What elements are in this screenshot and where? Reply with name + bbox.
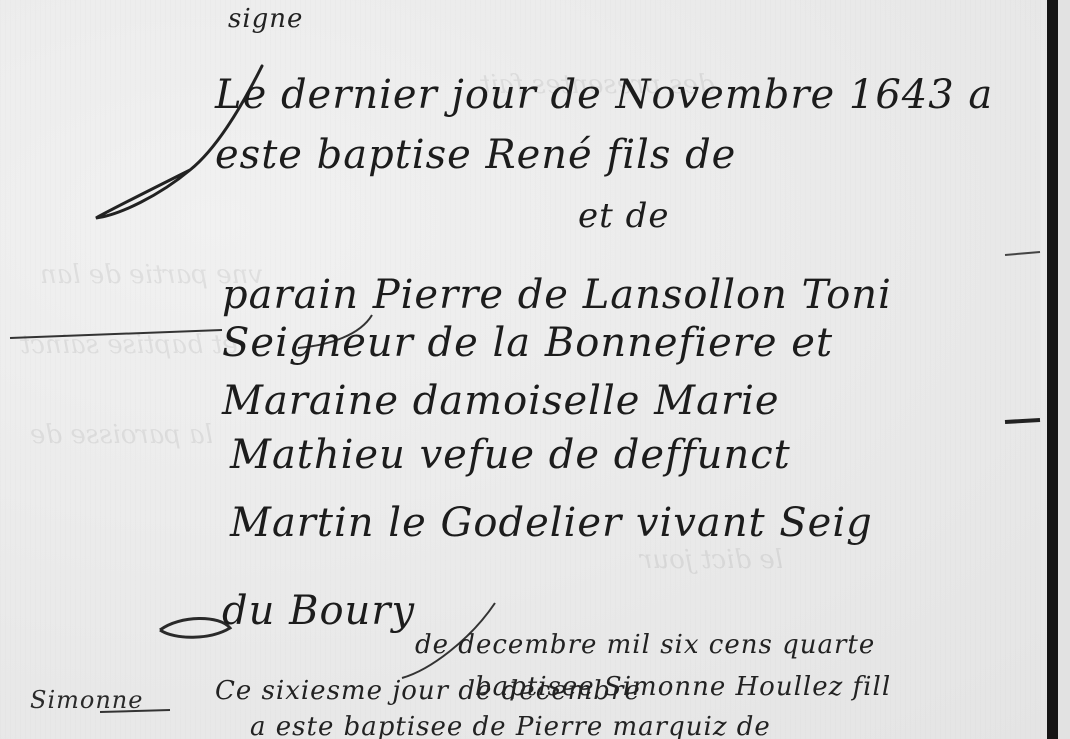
margin-rule bbox=[1047, 0, 1058, 739]
entry-line: de decembre mil six cens quarte bbox=[415, 630, 875, 660]
entry-line: du Boury bbox=[222, 588, 415, 634]
entry-line: Martin le Godelier vivant Seig bbox=[230, 500, 873, 546]
top-fragment-text: signe bbox=[228, 4, 303, 34]
entry-line: et de bbox=[578, 196, 669, 236]
entry-line: a este baptisee de Pierre marquiz de bbox=[250, 712, 771, 739]
entry-line: Maraine damoiselle Marie bbox=[222, 378, 780, 424]
entry-line: Seigneur de la Bonnefiere et bbox=[222, 320, 833, 366]
entry-line: baptisee Simonne Houllez fill bbox=[475, 672, 891, 702]
entry-line: Mathieu vefue de deffunct bbox=[230, 432, 791, 478]
margin-name: Simonne bbox=[30, 686, 143, 714]
entry-line: este baptise René fils de bbox=[215, 132, 736, 178]
page-edge bbox=[1058, 0, 1070, 739]
entry-line: Le dernier jour de Novembre 1643 a bbox=[215, 72, 993, 118]
entry-line: parain Pierre de Lansollon Toni bbox=[222, 272, 892, 318]
